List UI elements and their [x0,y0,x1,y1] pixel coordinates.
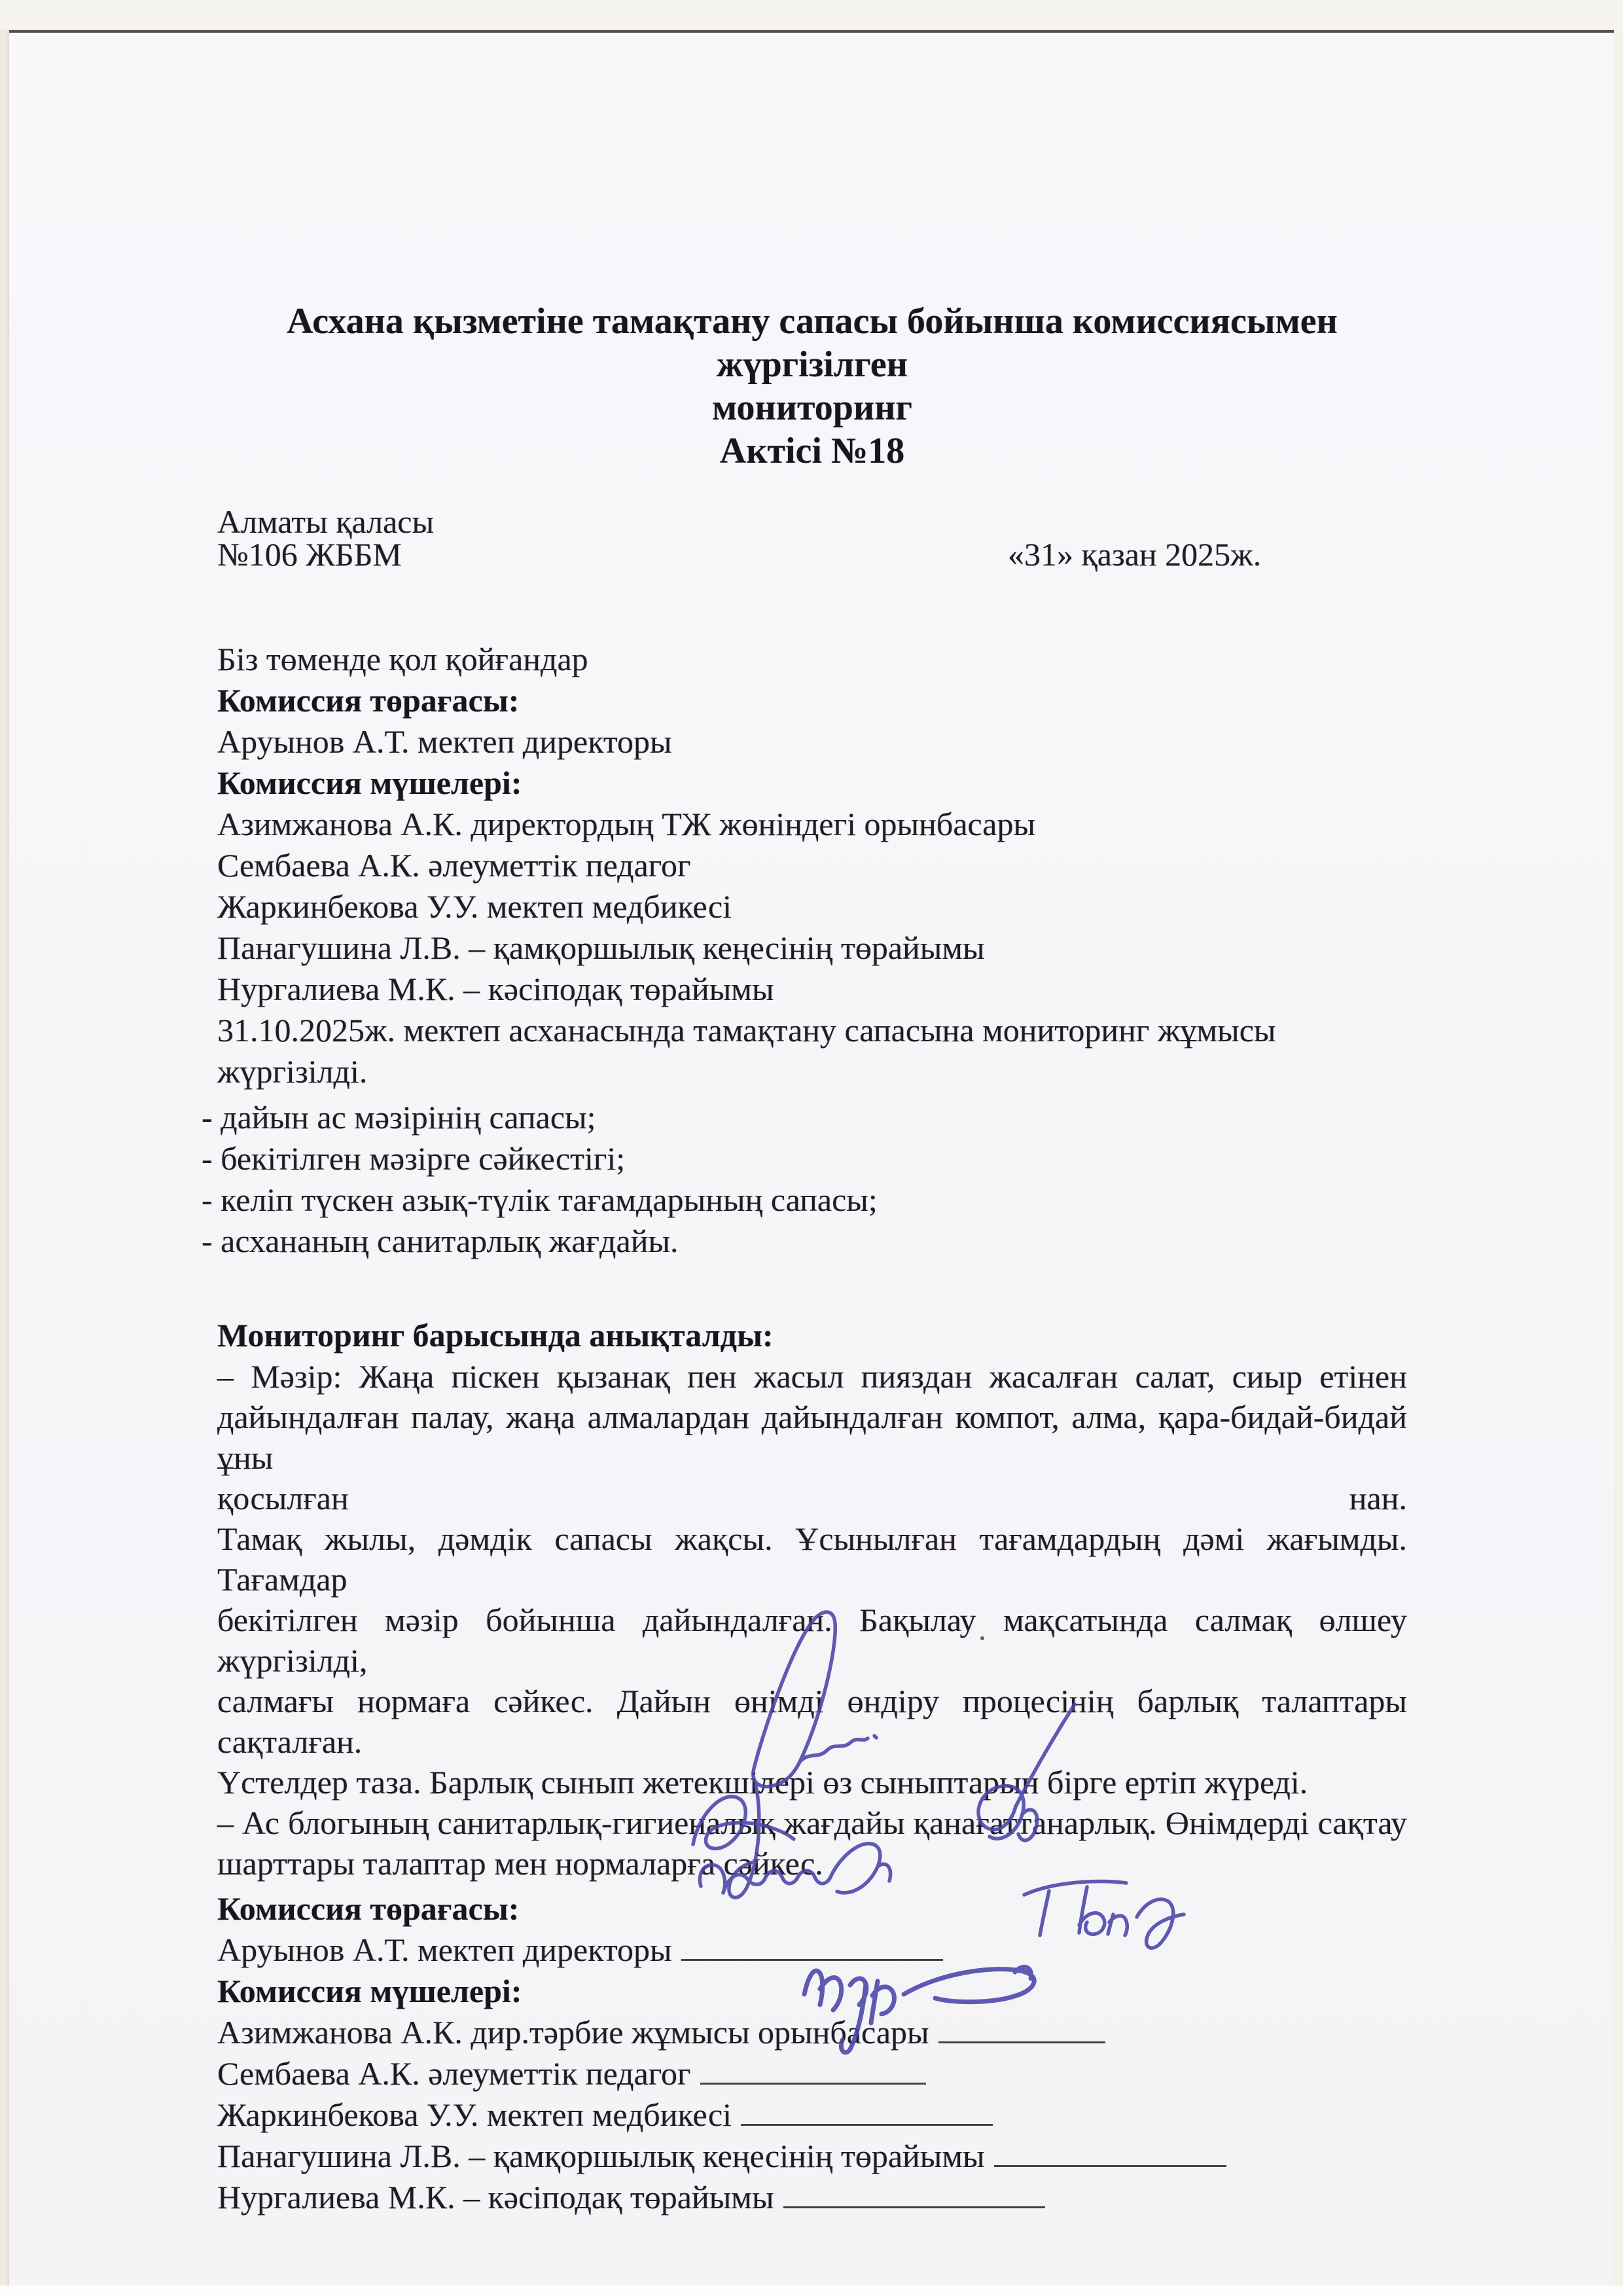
findings-line: Үстелдер таза. Барлық сынып жетекшілері … [217,1762,1407,1803]
signature-row-sembaeva: Сембаева А.К. әлеуметтік педагог [217,2053,1407,2094]
signature-blank-line [700,2076,926,2085]
checklist: - дайын ас мәзірінің сапасы; - бекітілге… [202,1097,1407,1262]
member-2: Сембаева А.К. әлеуметтік педагог [217,845,1407,886]
findings-line: – Мәзір: Жаңа піскен қызанақ пен жасыл п… [217,1356,1407,1397]
meta-block: Алматы қаласы №106 ЖББМ «31» қазан 2025ж… [217,505,1407,571]
checklist-item-1: - дайын ас мәзірінің сапасы; [202,1097,1407,1138]
signature-row-azimzhanova: Азимжанова А.К. дир.тәрбие жұмысы орынба… [217,2012,1407,2053]
monitoring-note: 31.10.2025ж. мектеп асханасында тамақтан… [217,1010,1407,1092]
findings-word-left: қосылған [217,1478,349,1518]
meta-school: №106 ЖББМ [217,536,402,573]
meta-city: Алматы қаласы [217,505,1407,538]
scanner-edge-top [0,0,1623,30]
findings-line: қосылған нан. [217,1478,1407,1518]
scan-artifact-dot [980,1636,984,1640]
signer-label: Панагушина Л.В. – қамқоршылық кеңесінің … [217,2138,985,2174]
signature-blank-line [681,1952,943,1961]
member-4: Панагушина Л.В. – қамқоршылық кеңесінің … [217,927,1407,969]
chair-heading: Комиссия төрағасы: [217,680,1407,721]
findings-heading: Мониторинг барысында анықталды: [217,1315,1407,1356]
checklist-item-3: - келіп түскен азық-түлік тағамдарының с… [202,1179,1407,1221]
findings-line: шарттары талаптар мен нормаларға сәйкес. [217,1843,1407,1884]
findings-line: салмағы нормаға сәйкес. Дайын өнімді өнд… [217,1681,1407,1762]
signature-row-zharkinbekova: Жаркинбекова У.У. мектеп медбикесі [217,2094,1407,2136]
title-line-3: Актісі №18 [217,429,1407,473]
findings-line: бекітілген мәзір бойынша дайындалған. Ба… [217,1600,1407,1681]
signature-row-panagushina: Панагушина Л.В. – қамқоршылық кеңесінің … [217,2136,1407,2177]
title-line-2: мониторинг [217,386,1407,429]
member-1: Азимжанова А.К. директордың ТЖ жөніндегі… [217,804,1407,845]
document-title: Асхана қызметіне тамақтану сапасы бойынш… [217,300,1407,473]
signer-label: Жаркинбекова У.У. мектеп медбикесі [217,2096,732,2133]
signing-chair-heading: Комиссия төрағасы: [217,1888,1407,1929]
checklist-item-4: - асхананың санитарлық жағдайы. [202,1221,1407,1262]
member-3: Жаркинбекова У.У. мектеп медбикесі [217,886,1407,927]
document-page: Асхана қызметіне тамақтану сапасы бойынш… [9,30,1614,2288]
chair-name: Аруынов А.Т. мектеп директоры [217,721,1407,762]
title-line-1: Асхана қызметіне тамақтану сапасы бойынш… [217,300,1407,386]
findings-line: Тамақ жылы, дәмдік сапасы жақсы. Ұсынылғ… [217,1518,1407,1600]
meta-row: №106 ЖББМ «31» қазан 2025ж. [217,538,1407,571]
signer-label: Нургалиева М.К. – кәсіподақ төрайымы [217,2179,774,2215]
page-content: Асхана қызметіне тамақтану сапасы бойынш… [9,33,1614,2288]
commission-block: Біз төменде қол қойғандар Комиссия төрағ… [217,639,1407,1092]
findings-line: – Ас блогының санитарлық-гигиеналық жағд… [217,1803,1407,1843]
signer-label: Аруынов А.Т. мектеп директоры [217,1931,672,1968]
signature-block: Комиссия төрағасы: Аруынов А.Т. мектеп д… [217,1888,1407,2218]
signing-members-heading: Комиссия мүшелері: [217,1971,1407,2012]
member-5: Нургалиева М.К. – кәсіподақ төрайымы [217,969,1407,1010]
signature-row-nurgalieva: Нургалиева М.К. – кәсіподақ төрайымы [217,2177,1407,2218]
scanned-document: { "document": { "ink_color": "#4a44a8", … [0,0,1623,2296]
meta-date: «31» қазан 2025ж. [1008,538,1261,571]
signature-blank-line [741,2117,993,2126]
checklist-item-2: - бекітілген мәзірге сәйкестігі; [202,1138,1407,1179]
signature-blank-line [994,2159,1226,2167]
scanner-edge-bottom [0,2286,1623,2296]
findings-block: Мониторинг барысында анықталды: – Мәзір:… [217,1315,1407,1884]
findings-word-right: нан. [1349,1478,1407,1518]
signature-row-aruynov: Аруынов А.Т. мектеп директоры [217,1929,1407,1971]
preamble: Біз төменде қол қойғандар [217,639,1407,680]
members-heading: Комиссия мүшелері: [217,762,1407,804]
signer-label: Азимжанова А.К. дир.тәрбие жұмысы орынба… [217,2014,929,2051]
signature-blank-line [783,2200,1045,2208]
signature-blank-line [938,2035,1105,2043]
findings-line: дайындалған палау, жаңа алмалардан дайын… [217,1397,1407,1478]
signer-label: Сембаева А.К. әлеуметтік педагог [217,2055,691,2092]
